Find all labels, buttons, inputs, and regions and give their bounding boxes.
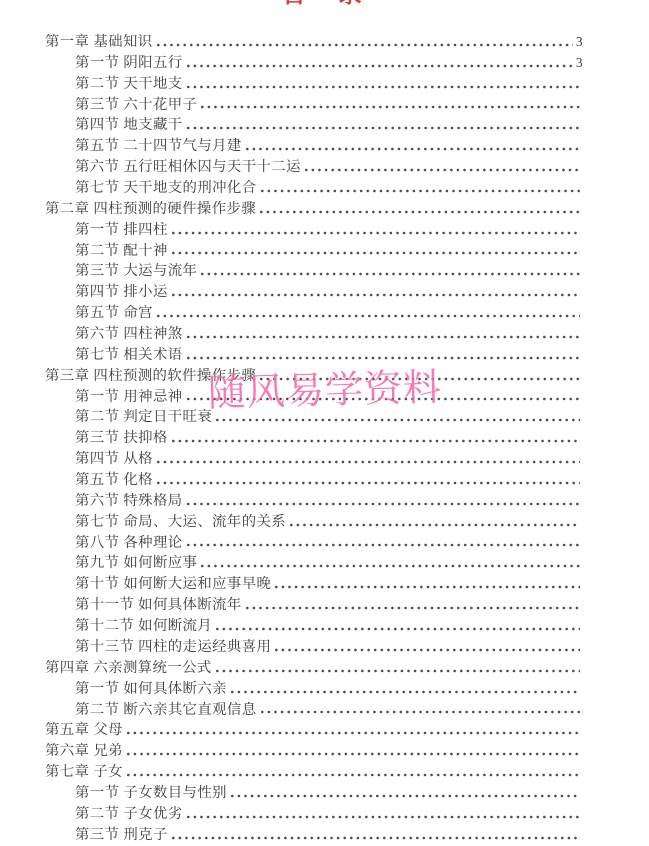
- dot-leader: [127, 752, 580, 756]
- toc-entry-label: 第十节 如何断大运和应事早晚: [75, 572, 271, 593]
- toc-page-number: 3: [576, 55, 583, 71]
- dot-leader: [187, 815, 580, 819]
- toc-page-number: 3: [576, 34, 583, 50]
- toc-row: 第五节 二十四节气与月建: [45, 134, 583, 155]
- dot-leader: [187, 397, 580, 401]
- dot-leader: [261, 710, 581, 714]
- toc-entry-label: 第四节 排小运: [75, 280, 168, 301]
- toc-entry-label: 第八节 各种理论: [75, 531, 183, 552]
- dot-leader: [201, 272, 580, 276]
- toc-row: 第五节 化格: [45, 468, 583, 489]
- dot-leader: [157, 481, 580, 485]
- dot-leader: [187, 356, 580, 360]
- toc-entry-label: 第三章 四柱预测的软件操作步骤: [45, 364, 256, 385]
- toc-entry-label: 第二节 子女优劣: [75, 802, 183, 823]
- toc-entry-label: 第五节 二十四节气与月建: [75, 134, 242, 155]
- toc-row: 第三章 四柱预测的软件操作步骤: [45, 364, 583, 385]
- toc-row: 第七节 命局、大运、流年的关系: [45, 510, 583, 531]
- toc-row: 第二节 子女优劣: [45, 802, 583, 823]
- toc-entry-label: 第三节 刑克子: [75, 823, 168, 844]
- dot-leader: [216, 669, 580, 673]
- toc-row: 第四章 六亲测算统一公式: [45, 656, 583, 677]
- toc-entry-label: 第二章 四柱预测的硬件操作步骤: [45, 197, 256, 218]
- toc-row: 第十节 如何断大运和应事早晚: [45, 572, 583, 593]
- toc-entry-label: 第一节 阴阳五行: [75, 51, 183, 72]
- toc-entry-label: 第九节 如何断应事: [75, 551, 197, 572]
- toc-entry-label: 第六节 四柱神煞: [75, 322, 183, 343]
- dot-leader: [127, 773, 580, 777]
- toc-row: 第一节 阴阳五行3: [45, 51, 583, 72]
- toc-row: 第二节 配十神: [45, 239, 583, 260]
- toc-entry-label: 第二节 天干地支: [75, 72, 183, 93]
- toc-entry-label: 第四章 六亲测算统一公式: [45, 656, 212, 677]
- dot-leader: [172, 836, 580, 840]
- toc-entry-label: 第一节 排四柱: [75, 218, 168, 239]
- toc-entry-label: 第十一节 如何具体断流年: [75, 593, 242, 614]
- toc-entry-label: 第四节 从格: [75, 447, 153, 468]
- toc-entry-label: 第七章 子女: [45, 760, 123, 781]
- toc-entry-label: 第三节 大运与流年: [75, 259, 197, 280]
- toc-row: 第四节 排小运: [45, 280, 583, 301]
- toc-row: 第四节 地支藏干: [45, 113, 583, 134]
- dot-leader: [187, 502, 580, 506]
- dot-leader: [201, 564, 580, 568]
- toc-row: 第五节 命宫: [45, 301, 583, 322]
- toc-row: 第六章 兄弟: [45, 739, 583, 760]
- dot-leader: [187, 335, 580, 339]
- toc-row: 第三节 刑克子: [45, 823, 583, 844]
- toc-list: 第一章 基础知识3第一节 阴阳五行3第二节 天干地支第三节 六十花甲子第四节 地…: [0, 0, 649, 844]
- toc-entry-label: 第六节 特殊格局: [75, 489, 183, 510]
- dot-leader: [127, 731, 580, 735]
- toc-row: 第三节 大运与流年: [45, 259, 583, 280]
- dot-leader: [172, 251, 580, 255]
- toc-row: 第八节 各种理论: [45, 531, 583, 552]
- toc-row: 第十一节 如何具体断流年: [45, 593, 583, 614]
- dot-leader: [187, 64, 573, 68]
- toc-row: 第七节 相关术语: [45, 343, 583, 364]
- toc-row: 第二节 判定日干旺衰: [45, 405, 583, 426]
- dot-leader: [172, 439, 580, 443]
- dot-leader: [275, 648, 580, 652]
- toc-row: 第三节 六十花甲子: [45, 93, 583, 114]
- toc-entry-label: 第一章 基础知识: [45, 30, 153, 51]
- dot-leader: [260, 377, 580, 381]
- toc-row: 第一节 子女数目与性别: [45, 781, 583, 802]
- dot-leader: [187, 126, 580, 130]
- dot-leader: [172, 293, 580, 297]
- toc-entry-label: 第七节 相关术语: [75, 343, 183, 364]
- toc-entry-label: 第六章 兄弟: [45, 739, 123, 760]
- toc-entry-label: 第七节 命局、大运、流年的关系: [75, 510, 286, 531]
- dot-leader: [275, 585, 580, 589]
- dot-leader: [261, 189, 581, 193]
- toc-row: 第六节 特殊格局: [45, 489, 583, 510]
- toc-entry-label: 第六节 五行旺相休囚与天干十二运: [75, 155, 301, 176]
- toc-entry-label: 第二节 判定日干旺衰: [75, 405, 212, 426]
- toc-entry-label: 第七节 天干地支的刑冲化合: [75, 176, 257, 197]
- dot-leader: [157, 43, 573, 47]
- dot-leader: [187, 543, 580, 547]
- dot-leader: [201, 105, 580, 109]
- toc-entry-label: 第一节 子女数目与性别: [75, 781, 227, 802]
- dot-leader: [260, 210, 580, 214]
- dot-leader: [172, 231, 580, 235]
- toc-row: 第五章 父母: [45, 718, 583, 739]
- toc-entry-label: 第十三节 四柱的走运经典喜用: [75, 635, 271, 656]
- toc-row: 第九节 如何断应事: [45, 551, 583, 572]
- dot-leader: [157, 314, 580, 318]
- dot-leader: [187, 85, 580, 89]
- toc-entry-label: 第一节 如何具体断六亲: [75, 677, 227, 698]
- toc-row: 第七节 天干地支的刑冲化合: [45, 176, 583, 197]
- toc-entry-label: 第五章 父母: [45, 718, 123, 739]
- dot-leader: [231, 794, 580, 798]
- toc-row: 第六节 四柱神煞: [45, 322, 583, 343]
- toc-row: 第四节 从格: [45, 447, 583, 468]
- toc-entry-label: 第二节 配十神: [75, 239, 168, 260]
- toc-entry-label: 第五节 命宫: [75, 301, 153, 322]
- dot-leader: [216, 627, 580, 631]
- toc-row: 第十二节 如何断流月: [45, 614, 583, 635]
- toc-entry-label: 第十二节 如何断流月: [75, 614, 212, 635]
- toc-entry-label: 第四节 地支藏干: [75, 113, 183, 134]
- toc-row: 第二节 断六亲其它直观信息: [45, 698, 583, 719]
- toc-row: 第二章 四柱预测的硬件操作步骤: [45, 197, 583, 218]
- toc-entry-label: 第三节 六十花甲子: [75, 93, 197, 114]
- toc-entry-label: 第五节 化格: [75, 468, 153, 489]
- toc-row: 第十三节 四柱的走运经典喜用: [45, 635, 583, 656]
- dot-leader: [305, 168, 580, 172]
- toc-row: 第三节 扶抑格: [45, 426, 583, 447]
- dot-leader: [216, 418, 580, 422]
- toc-row: 第一章 基础知识3: [45, 30, 583, 51]
- toc-row: 第六节 五行旺相休囚与天干十二运: [45, 155, 583, 176]
- dot-leader: [246, 606, 580, 610]
- dot-leader: [290, 523, 580, 527]
- toc-row: 第一节 用神忌神: [45, 385, 583, 406]
- toc-row: 第七章 子女: [45, 760, 583, 781]
- toc-row: 第一节 如何具体断六亲: [45, 677, 583, 698]
- toc-entry-label: 第二节 断六亲其它直观信息: [75, 698, 257, 719]
- toc-row: 第一节 排四柱: [45, 218, 583, 239]
- toc-entry-label: 第一节 用神忌神: [75, 385, 183, 406]
- toc-row: 第二节 天干地支: [45, 72, 583, 93]
- toc-entry-label: 第三节 扶抑格: [75, 426, 168, 447]
- dot-leader: [231, 690, 580, 694]
- dot-leader: [246, 147, 580, 151]
- dot-leader: [157, 460, 580, 464]
